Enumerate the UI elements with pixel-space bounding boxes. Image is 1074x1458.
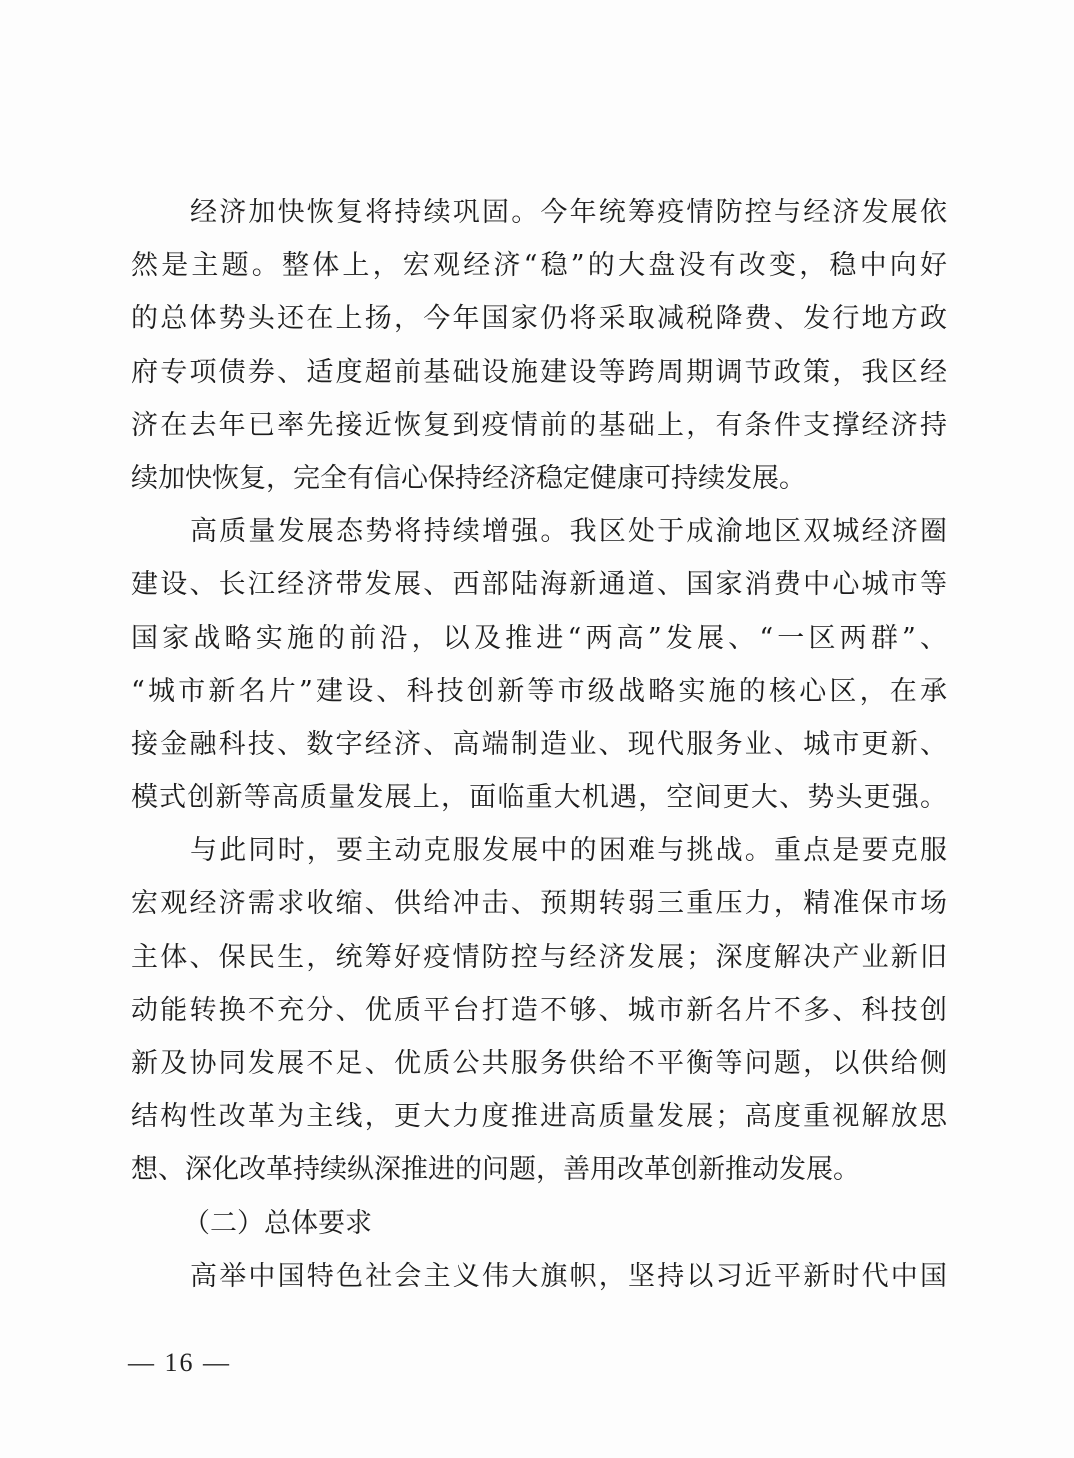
- text-line: 动能转换不充分、优质平台打造不够、城市新名片不多、科技创: [131, 984, 947, 1037]
- text-line: 与此同时，要主动克服发展中的困难与挑战。重点是要克服: [131, 824, 947, 877]
- paragraph-economic-recovery: 经济加快恢复将持续巩固。今年统筹疫情防控与经济发展依 然是主题。整体上，宏观经济…: [131, 186, 947, 505]
- text-line: 高质量发展态势将持续增强。我区处于成渝地区双城经济圈: [131, 505, 947, 558]
- text-line: 想、深化改革持续纵深推进的问题，善用改革创新推动发展。: [131, 1143, 947, 1196]
- text-line: 续加快恢复，完全有信心保持经济稳定健康可持续发展。: [131, 452, 947, 505]
- text-line: 结构性改革为主线，更大力度推进高质量发展；高度重视解放思: [131, 1090, 947, 1143]
- text-line: 建设、长江经济带发展、西部陆海新通道、国家消费中心城市等: [131, 558, 947, 611]
- text-line: 经济加快恢复将持续巩固。今年统筹疫情防控与经济发展依: [131, 186, 947, 239]
- text-line: 济在去年已率先接近恢复到疫情前的基础上，有条件支撑经济持: [131, 399, 947, 452]
- paragraph-challenges: 与此同时，要主动克服发展中的困难与挑战。重点是要克服 宏观经济需求收缩、供给冲击…: [131, 824, 947, 1196]
- document-page: 经济加快恢复将持续巩固。今年统筹疫情防控与经济发展依 然是主题。整体上，宏观经济…: [0, 0, 1074, 1458]
- text-line: 国家战略实施的前沿，以及推进“两高”发展、“一区两群”、: [131, 612, 947, 665]
- text-line: 府专项债券、适度超前基础设施建设等跨周期调节政策，我区经: [131, 346, 947, 399]
- paragraph-overall-requirements: 高举中国特色社会主义伟大旗帜，坚持以习近平新时代中国: [131, 1250, 947, 1303]
- text-line: 主体、保民生，统筹好疫情防控与经济发展；深度解决产业新旧: [131, 931, 947, 984]
- text-line: 然是主题。整体上，宏观经济“稳”的大盘没有改变，稳中向好: [131, 239, 947, 292]
- text-line: 模式创新等高质量发展上，面临重大机遇，空间更大、势头更强。: [131, 771, 947, 824]
- text-line: “城市新名片”建设、科技创新等市级战略实施的核心区，在承: [131, 665, 947, 718]
- page-number: — 16 —: [128, 1348, 231, 1378]
- text-line: 的总体势头还在上扬，今年国家仍将采取减税降费、发行地方政: [131, 292, 947, 345]
- body-text: 经济加快恢复将持续巩固。今年统筹疫情防控与经济发展依 然是主题。整体上，宏观经济…: [131, 186, 947, 1303]
- paragraph-high-quality-development: 高质量发展态势将持续增强。我区处于成渝地区双城经济圈 建设、长江经济带发展、西部…: [131, 505, 947, 824]
- section-heading: （二）总体要求: [131, 1197, 947, 1250]
- text-line: 宏观经济需求收缩、供给冲击、预期转弱三重压力，精准保市场: [131, 877, 947, 930]
- text-line: 新及协同发展不足、优质公共服务供给不平衡等问题，以供给侧: [131, 1037, 947, 1090]
- text-line: 高举中国特色社会主义伟大旗帜，坚持以习近平新时代中国: [131, 1250, 947, 1303]
- text-line: 接金融科技、数字经济、高端制造业、现代服务业、城市更新、: [131, 718, 947, 771]
